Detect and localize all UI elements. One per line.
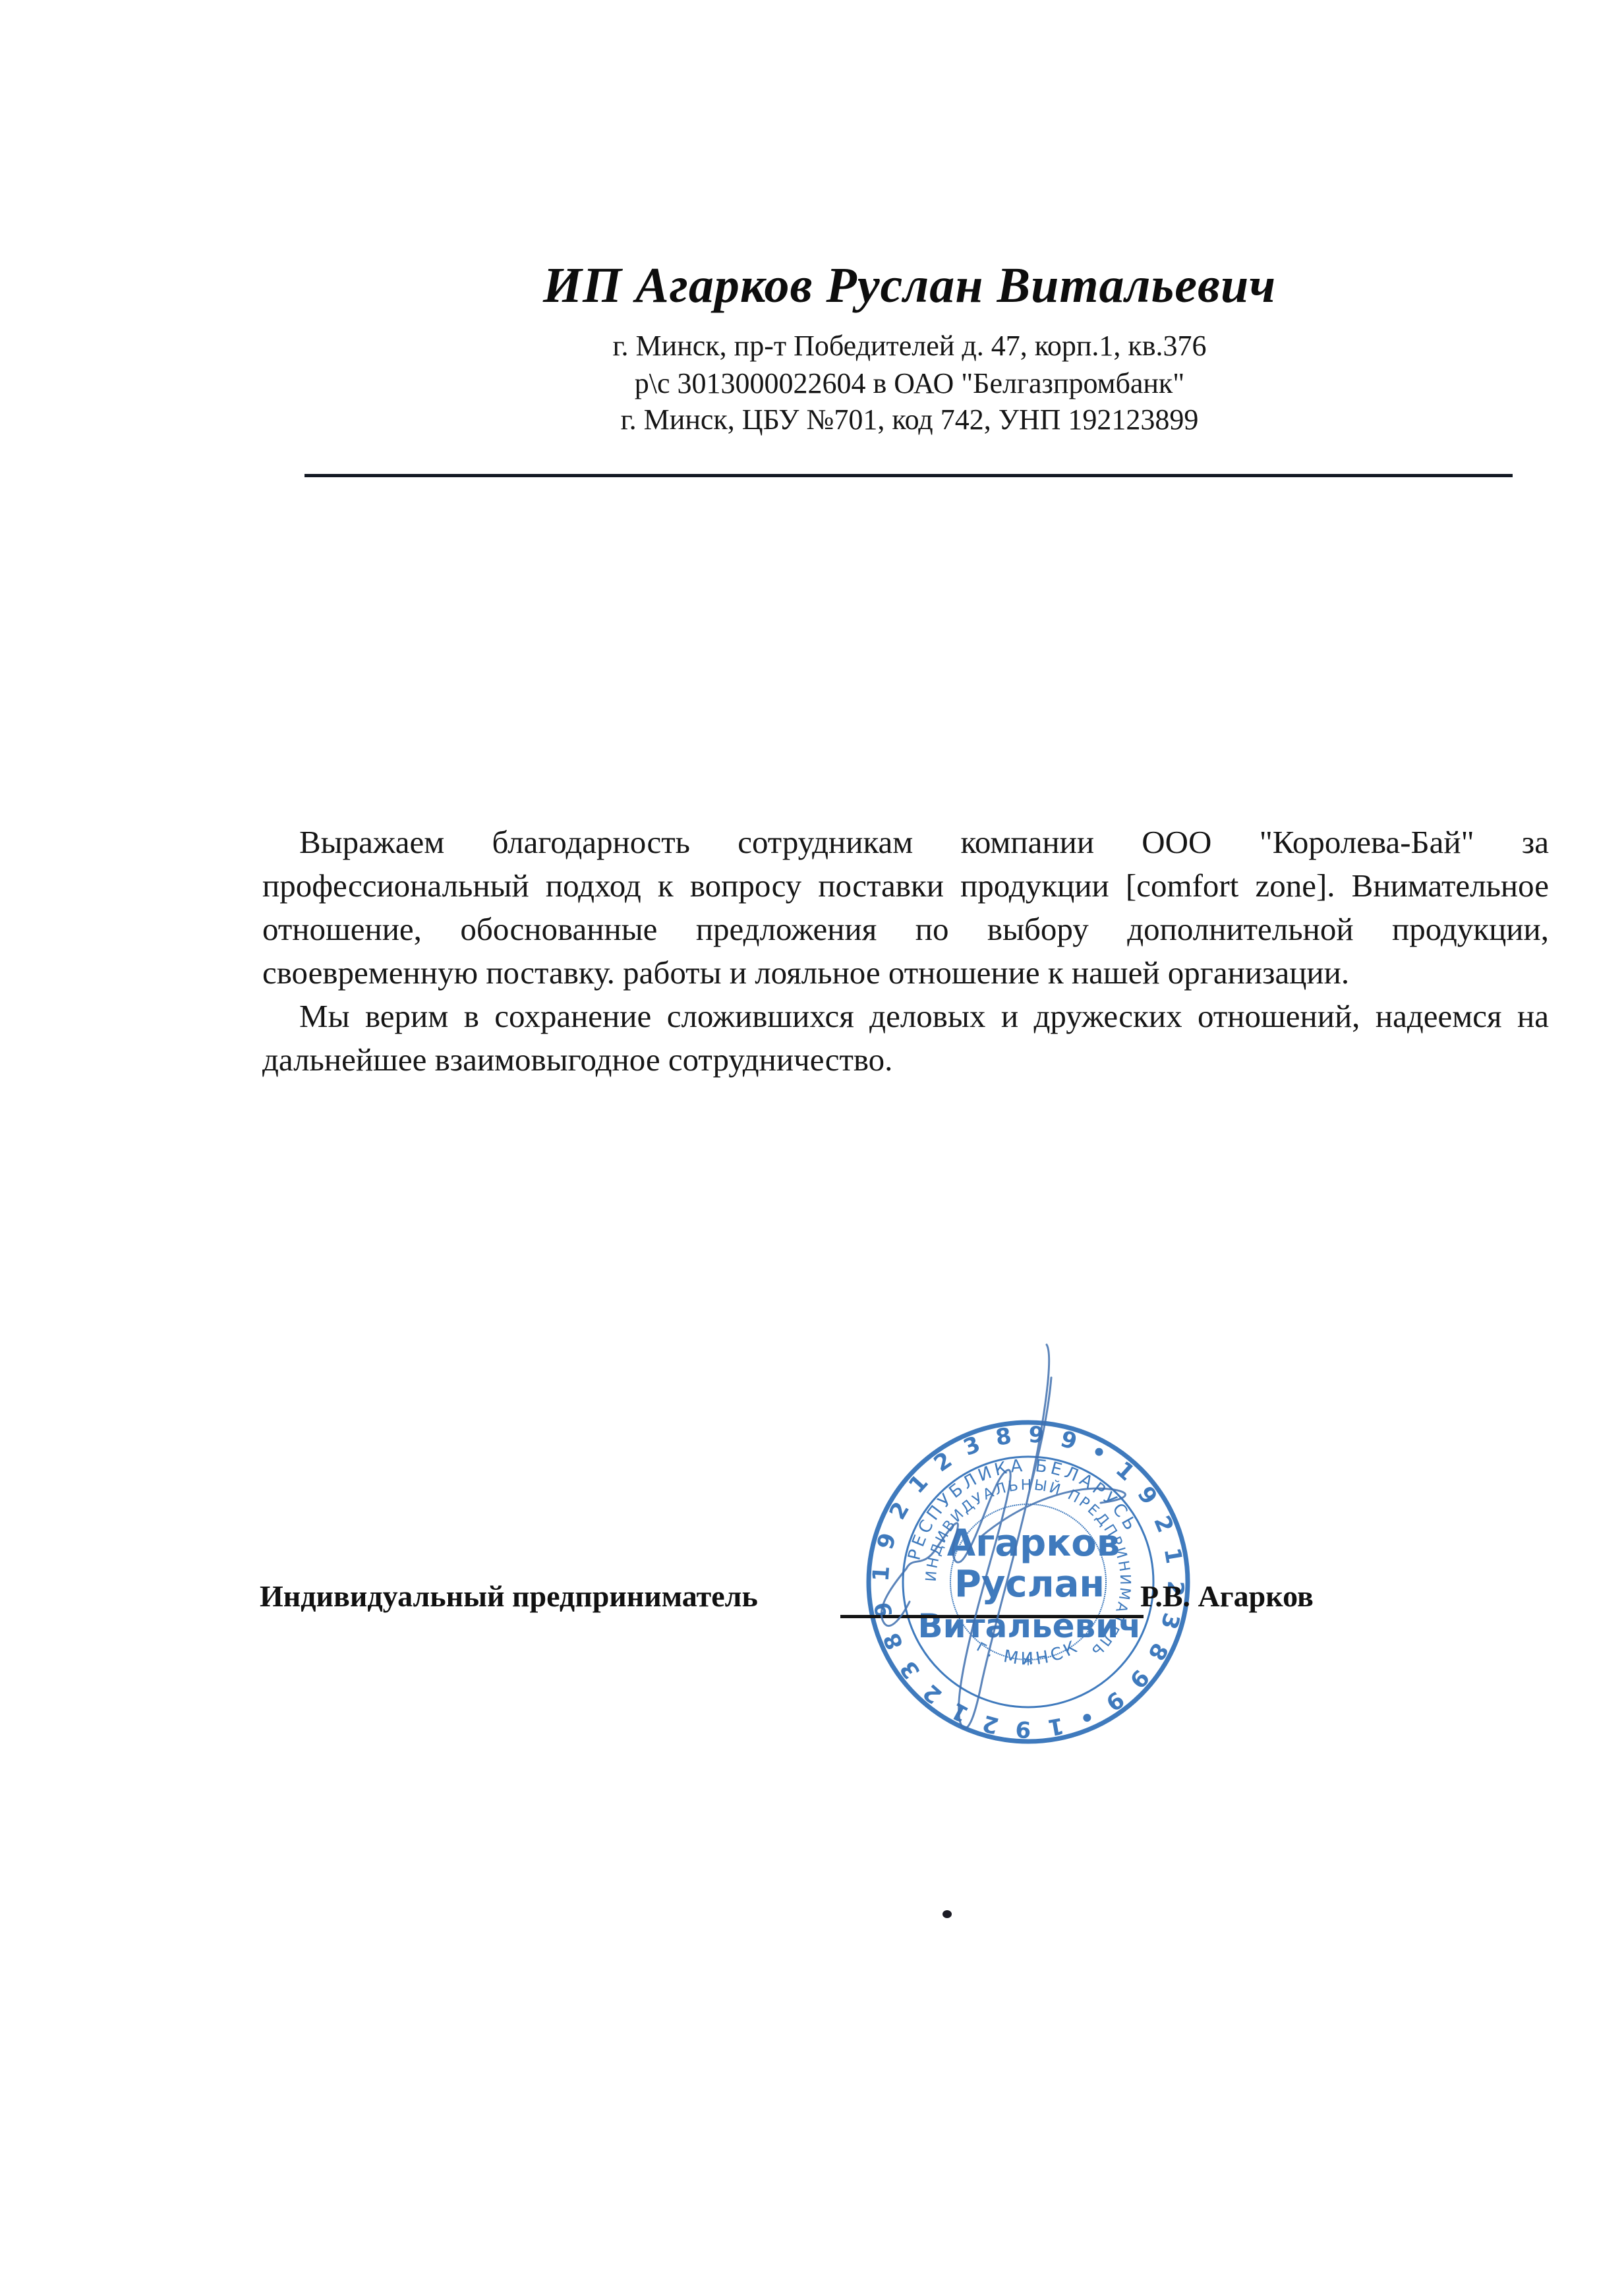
letterhead-divider bbox=[304, 474, 1513, 477]
letterhead-address: г. Минск, пр-т Победителей д. 47, корп.1… bbox=[461, 332, 1358, 361]
scan-speck bbox=[942, 1910, 952, 1918]
signatory-name: Р.В. Агарков bbox=[1140, 1581, 1314, 1612]
letterhead-bank-account: р\с 3013000022604 в ОАО "Белгазпромбанк" bbox=[461, 369, 1358, 398]
document-page: ИП Агарков Руслан Витальевич г. Минск, п… bbox=[0, 0, 1624, 2278]
letter-body: Выражаем благодарность сотрудникам компа… bbox=[262, 821, 1549, 1082]
body-paragraph: Мы верим в сохранение сложившихся деловы… bbox=[262, 995, 1549, 1082]
letterhead-title: ИП Агарков Руслан Витальевич bbox=[501, 260, 1318, 310]
handwritten-signature-icon bbox=[850, 1338, 1153, 1734]
signatory-role: Индивидуальный предприниматель bbox=[260, 1581, 758, 1612]
letterhead-bank-details: г. Минск, ЦБУ №701, код 742, УНП 1921238… bbox=[461, 405, 1358, 434]
body-paragraph: Выражаем благодарность сотрудникам компа… bbox=[262, 821, 1549, 995]
